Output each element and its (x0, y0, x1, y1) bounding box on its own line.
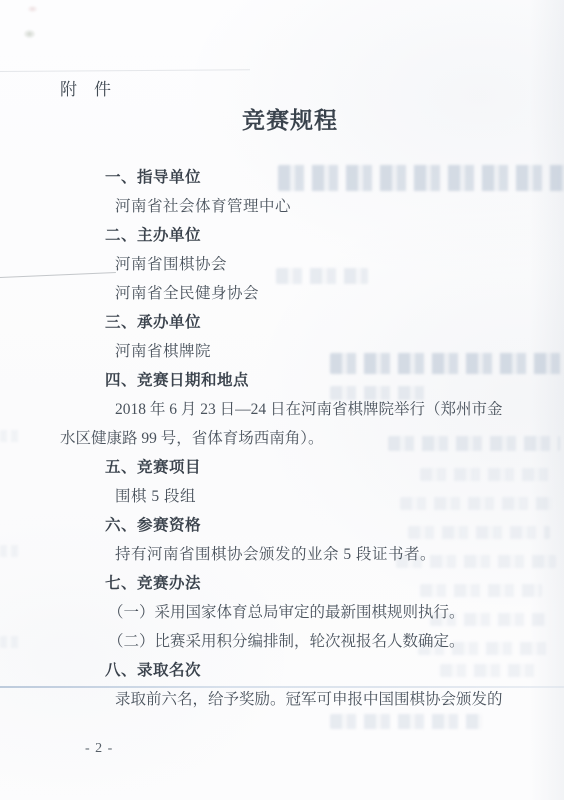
page-number: - 2 - (85, 741, 113, 757)
bleed-through-artifact (0, 545, 20, 557)
paragraph-line: 录取前六名，给予奖励。冠军可申报中国围棋协会颁发的 (115, 685, 506, 714)
smudge-artifact (27, 5, 38, 13)
section-heading: 三、承办单位 (105, 308, 506, 337)
paragraph-line: 河南省围棋协会 (115, 250, 506, 279)
document-content: 附 件 竞赛规程 一、指导单位 河南省社会体育管理中心 二、主办单位 河南省围棋… (60, 80, 506, 714)
bleed-through-artifact (0, 636, 20, 648)
smudge-artifact (23, 29, 36, 39)
section-heading: 四、竞赛日期和地点 (105, 366, 506, 395)
page-title: 竞赛规程 (67, 108, 513, 134)
section-heading: 七、竞赛办法 (105, 569, 506, 598)
scan-streak-artifact (0, 69, 250, 72)
section-heading: 八、录取名次 (105, 656, 506, 685)
paragraph-line: 河南省社会体育管理中心 (115, 192, 506, 221)
paragraph-line: 2018 年 6 月 23 日—24 日在河南省棋牌院举行（郑州市金 (115, 395, 506, 424)
section-heading: 一、指导单位 (105, 163, 506, 192)
section-heading: 五、竞赛项目 (105, 453, 506, 482)
section-heading: 二、主办单位 (105, 221, 506, 250)
paragraph-line: 水区健康路 99 号，省体育场西南角）。 (60, 424, 506, 453)
paragraph-line: 持有河南省围棋协会颁发的业余 5 段证书者。 (115, 540, 506, 569)
paragraph-line: （一）采用国家体育总局审定的最新围棋规则执行。 (108, 598, 506, 627)
section-heading: 六、参赛资格 (105, 511, 506, 540)
paragraph-line: （二）比赛采用积分编排制，轮次视报名人数确定。 (108, 627, 506, 656)
document-body: 一、指导单位 河南省社会体育管理中心 二、主办单位 河南省围棋协会 河南省全民健… (60, 163, 506, 714)
paragraph-line: 围棋 5 段组 (115, 482, 506, 511)
paragraph-line: 河南省全民健身协会 (115, 279, 506, 308)
attachment-label: 附 件 (60, 80, 506, 100)
scanned-page: 附 件 竞赛规程 一、指导单位 河南省社会体育管理中心 二、主办单位 河南省围棋… (0, 0, 564, 800)
bleed-through-artifact (330, 714, 482, 729)
paragraph-line: 河南省棋牌院 (115, 337, 506, 366)
bleed-through-artifact (0, 430, 20, 442)
